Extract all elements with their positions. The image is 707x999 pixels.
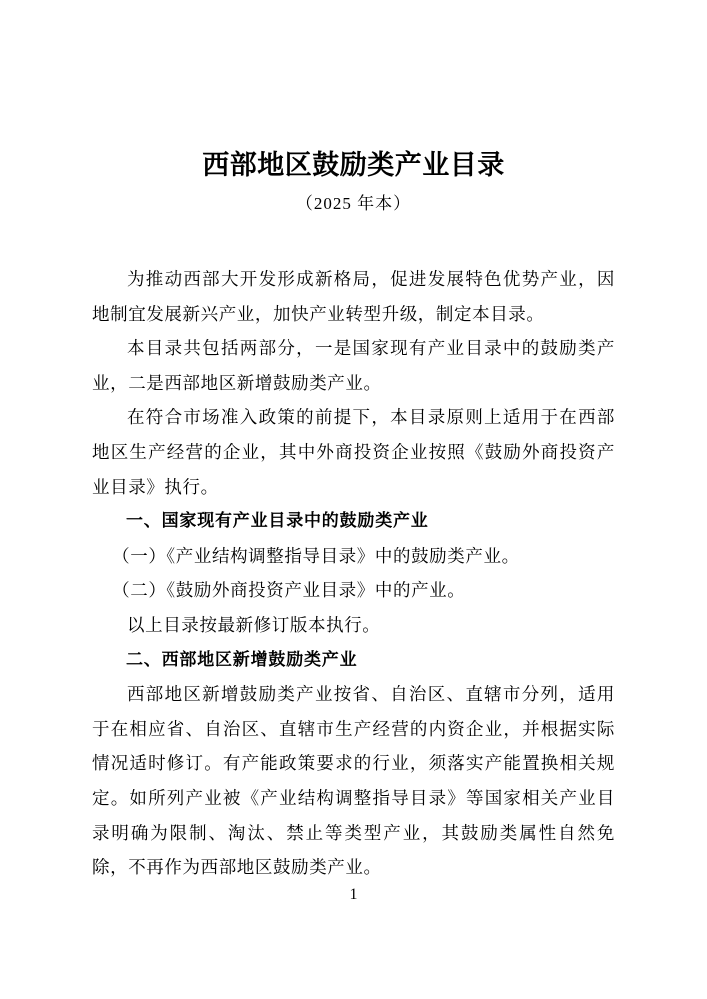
body-paragraph: 在符合市场准入政策的前提下，本目录原则上适用于在西部地区生产经营的企业，其中外商… bbox=[92, 400, 615, 504]
section-heading: 二、西部地区新增鼓励类产业 bbox=[92, 643, 615, 678]
document-page: 西部地区鼓励类产业目录 （2025 年本） 为推动西部大开发形成新格局，促进发展… bbox=[0, 0, 707, 999]
document-body: 为推动西部大开发形成新格局，促进发展特色优势产业，因地制宜发展新兴产业，加快产业… bbox=[92, 262, 615, 885]
list-paragraph: （二）《鼓励外商投资产业目录》中的产业。 bbox=[92, 573, 615, 608]
body-paragraph: 本目录共包括两部分，一是国家现有产业目录中的鼓励类产业，二是西部地区新增鼓励类产… bbox=[92, 331, 615, 400]
body-paragraph: 为推动西部大开发形成新格局，促进发展特色优势产业，因地制宜发展新兴产业，加快产业… bbox=[92, 262, 615, 331]
section-heading: 一、国家现有产业目录中的鼓励类产业 bbox=[92, 504, 615, 539]
document-edition: （2025 年本） bbox=[92, 192, 615, 216]
list-paragraph: （一）《产业结构调整指导目录》中的鼓励类产业。 bbox=[92, 539, 615, 574]
document-title: 西部地区鼓励类产业目录 bbox=[92, 148, 615, 182]
page-number: 1 bbox=[0, 885, 707, 905]
body-paragraph: 以上目录按最新修订版本执行。 bbox=[92, 608, 615, 643]
body-paragraph: 西部地区新增鼓励类产业按省、自治区、直辖市分列，适用于在相应省、自治区、直辖市生… bbox=[92, 677, 615, 885]
